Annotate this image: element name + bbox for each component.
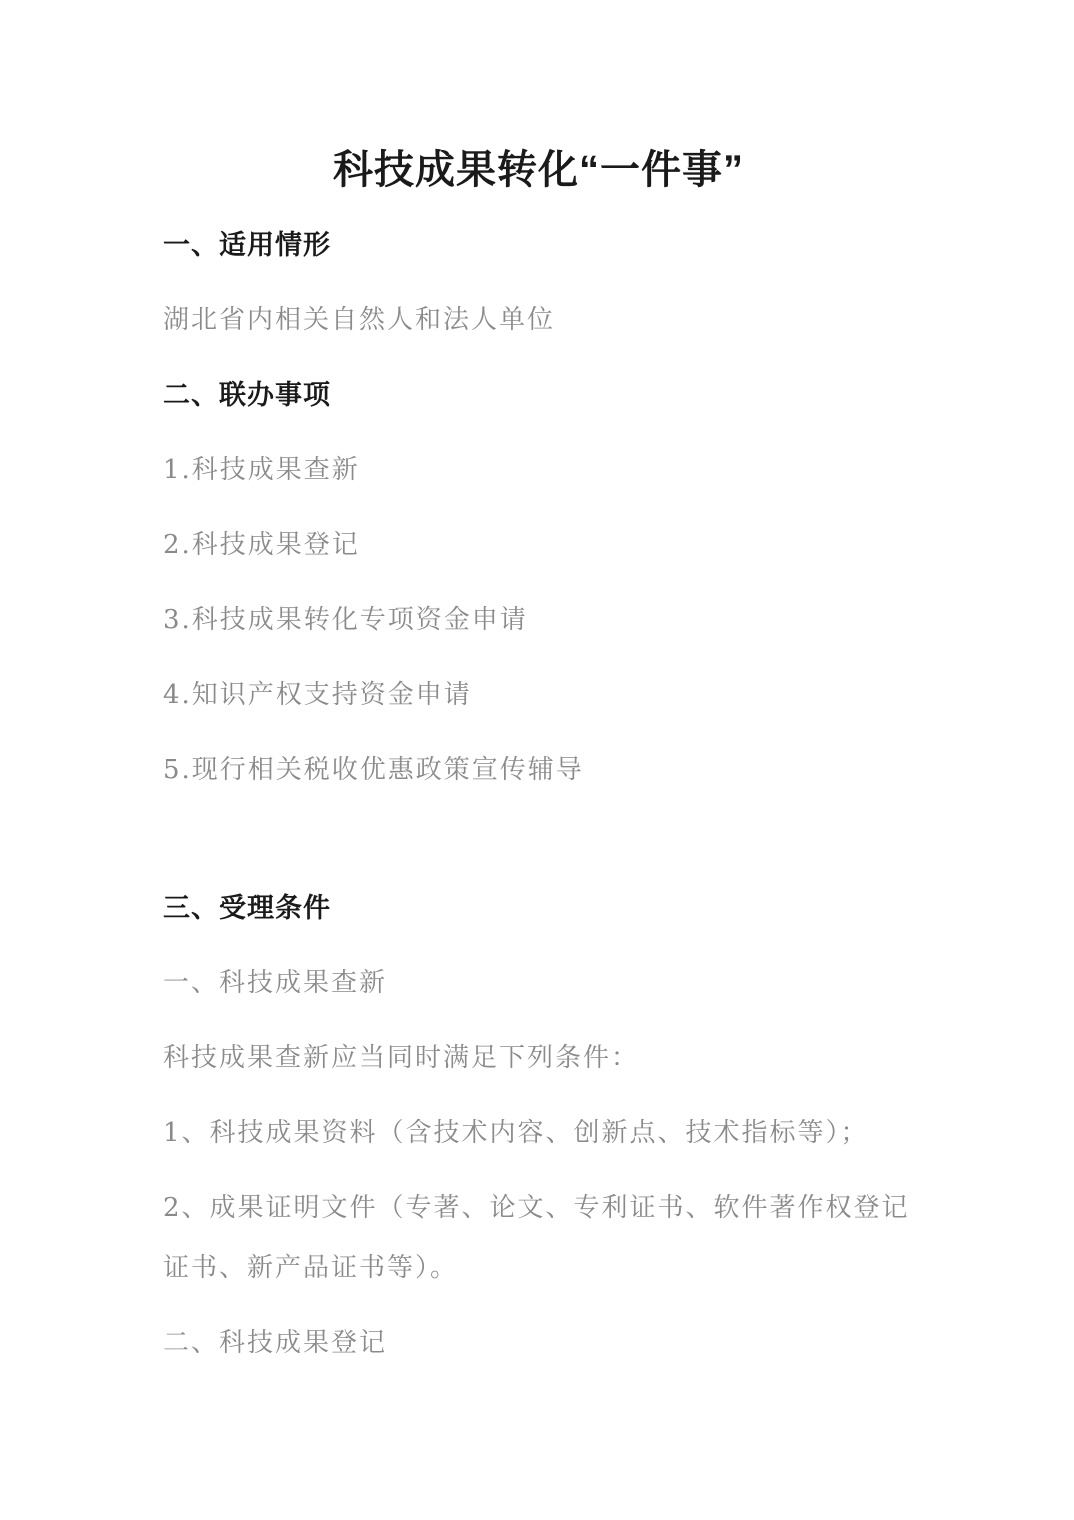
- paragraph-applicable-scope: 湖北省内相关自然人和法人单位: [163, 290, 914, 350]
- section-heading-applicable-situations: 一、适用情形: [163, 215, 914, 275]
- condition-item-achievement-materials: 1、科技成果资料（含技术内容、创新点、技术指标等）；: [163, 1103, 914, 1163]
- section-heading-joint-handling-items: 二、联办事项: [163, 365, 914, 425]
- paragraph-conditions-intro: 科技成果查新应当同时满足下列条件：: [163, 1028, 914, 1088]
- list-item-ip-support-fund-application: 4.知识产权支持资金申请: [163, 665, 914, 725]
- blank-line-spacer: [163, 815, 914, 878]
- list-item-special-fund-application: 3.科技成果转化专项资金申请: [163, 590, 914, 650]
- section-heading-acceptance-conditions: 三、受理条件: [163, 878, 914, 938]
- condition-item-proof-documents: 2、成果证明文件（专著、论文、专利证书、软件著作权登记证书、新产品证书等）。: [163, 1178, 914, 1298]
- list-item-achievement-registration: 2.科技成果登记: [163, 515, 914, 575]
- list-item-tax-policy-guidance: 5.现行相关税收优惠政策宣传辅导: [163, 740, 914, 800]
- subsection-achievement-novelty-search: 一、科技成果查新: [163, 953, 914, 1013]
- list-item-achievement-novelty-search: 1.科技成果查新: [163, 440, 914, 500]
- page-title: 科技成果转化“一件事”: [163, 140, 914, 200]
- document-page: 科技成果转化“一件事” 一、适用情形 湖北省内相关自然人和法人单位 二、联办事项…: [0, 0, 1074, 1520]
- subsection-achievement-registration: 二、科技成果登记: [163, 1313, 914, 1373]
